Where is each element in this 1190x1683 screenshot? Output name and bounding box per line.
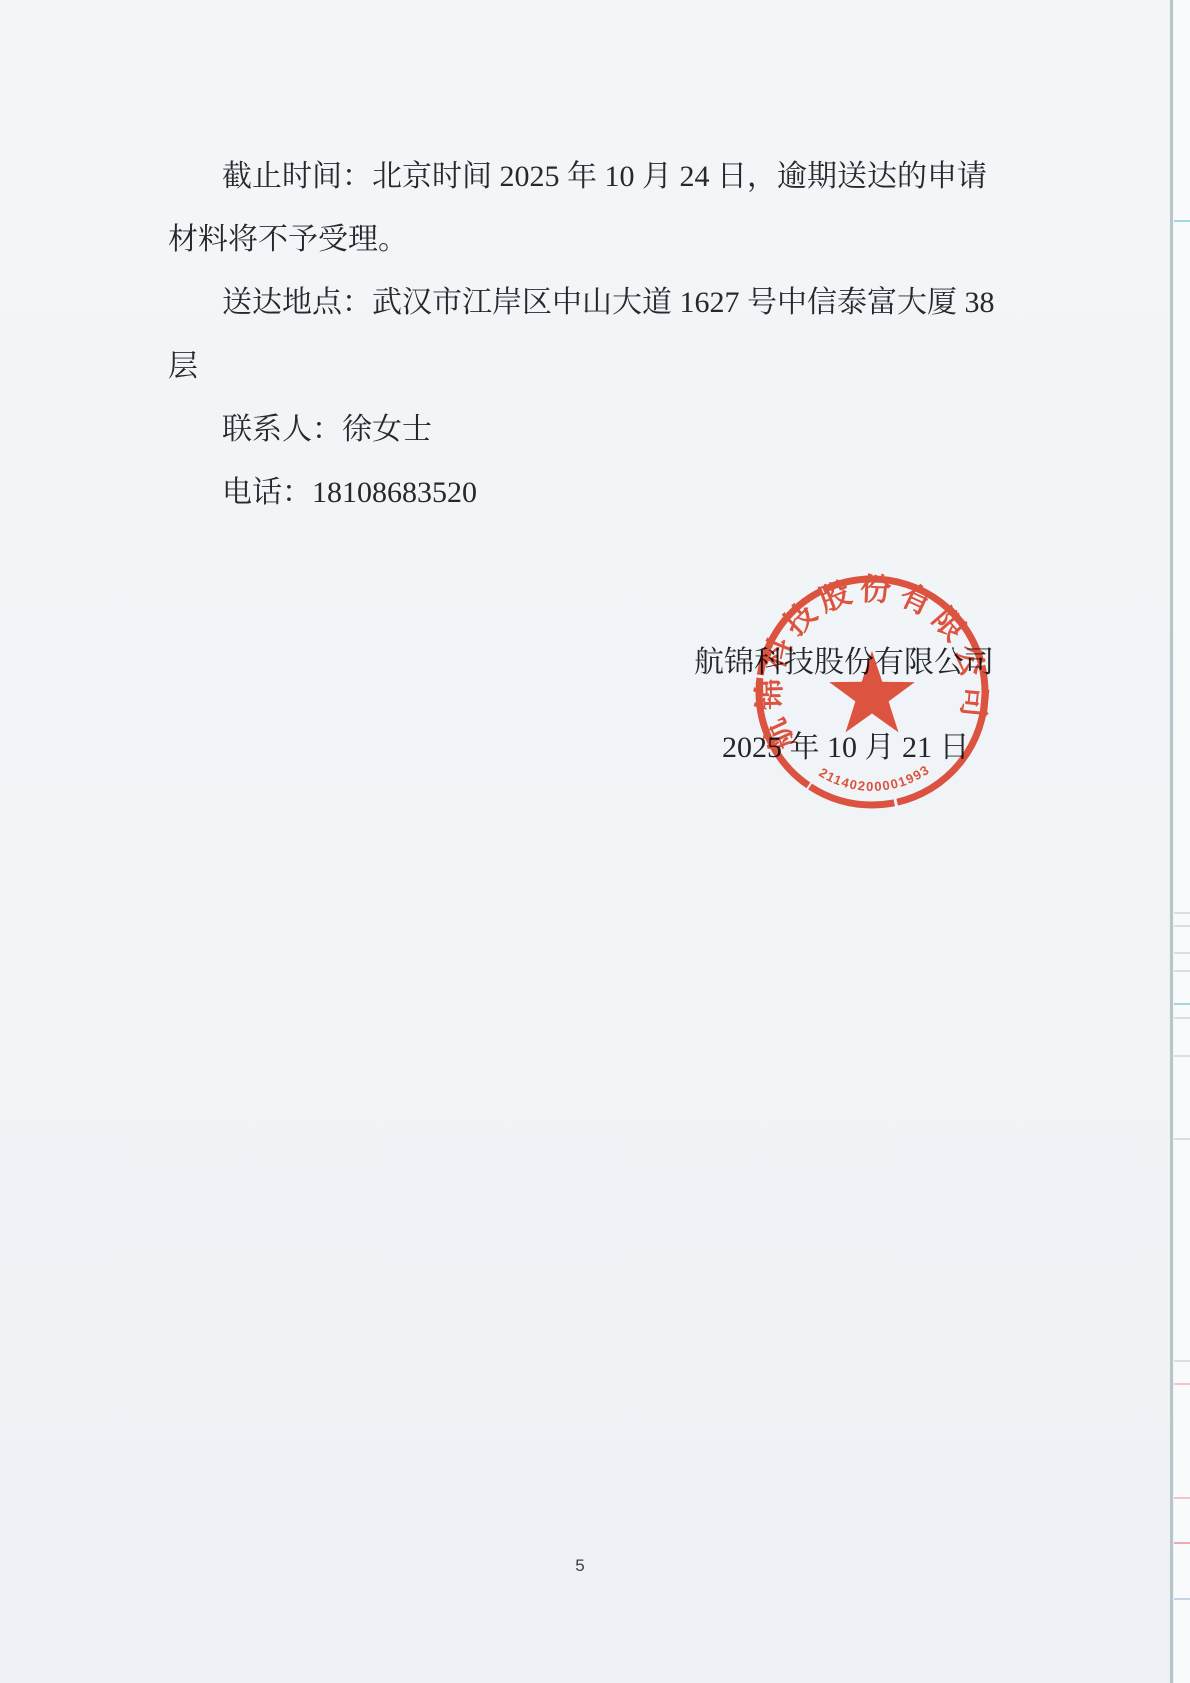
scan-artifact-line — [1174, 1542, 1190, 1544]
scan-artifact-line — [1174, 952, 1190, 954]
scan-artifact-line — [1174, 1383, 1190, 1385]
scan-edge-strip — [1174, 0, 1190, 1683]
scan-artifact-line — [1174, 912, 1190, 914]
scan-artifact-line — [1174, 220, 1190, 222]
address-line-1: 送达地点：武汉市江岸区中山大道 1627 号中信泰富大厦 38 — [222, 283, 995, 323]
scan-artifact-line — [1174, 1598, 1190, 1600]
scan-edge-line — [1170, 0, 1173, 1683]
scan-artifact-line — [1174, 1360, 1190, 1362]
scan-artifact-line — [1174, 1003, 1190, 1005]
phone-line: 电话：18108683520 — [222, 473, 477, 513]
document-page: 截止时间：北京时间 2025 年 10 月 24 日，逾期送达的申请 材料将不予… — [0, 0, 1190, 1683]
deadline-line-1: 截止时间：北京时间 2025 年 10 月 24 日，逾期送达的申请 — [222, 157, 987, 197]
seal-star-icon — [829, 651, 915, 732]
company-seal-stamp: 航锦科技股份有限公司 211402000019938 — [742, 562, 1002, 822]
scan-artifact-line — [1174, 970, 1190, 972]
deadline-line-2: 材料将不予受理。 — [168, 220, 408, 260]
scan-artifact-line — [1174, 1017, 1190, 1019]
contact-line: 联系人：徐女士 — [222, 410, 432, 450]
scan-artifact-line — [1174, 925, 1190, 927]
scan-artifact-line — [1174, 1138, 1190, 1140]
scan-artifact-line — [1174, 1497, 1190, 1499]
page-number: 5 — [560, 1556, 600, 1576]
scan-artifact-line — [1174, 1055, 1190, 1057]
address-line-2: 层 — [168, 347, 198, 387]
